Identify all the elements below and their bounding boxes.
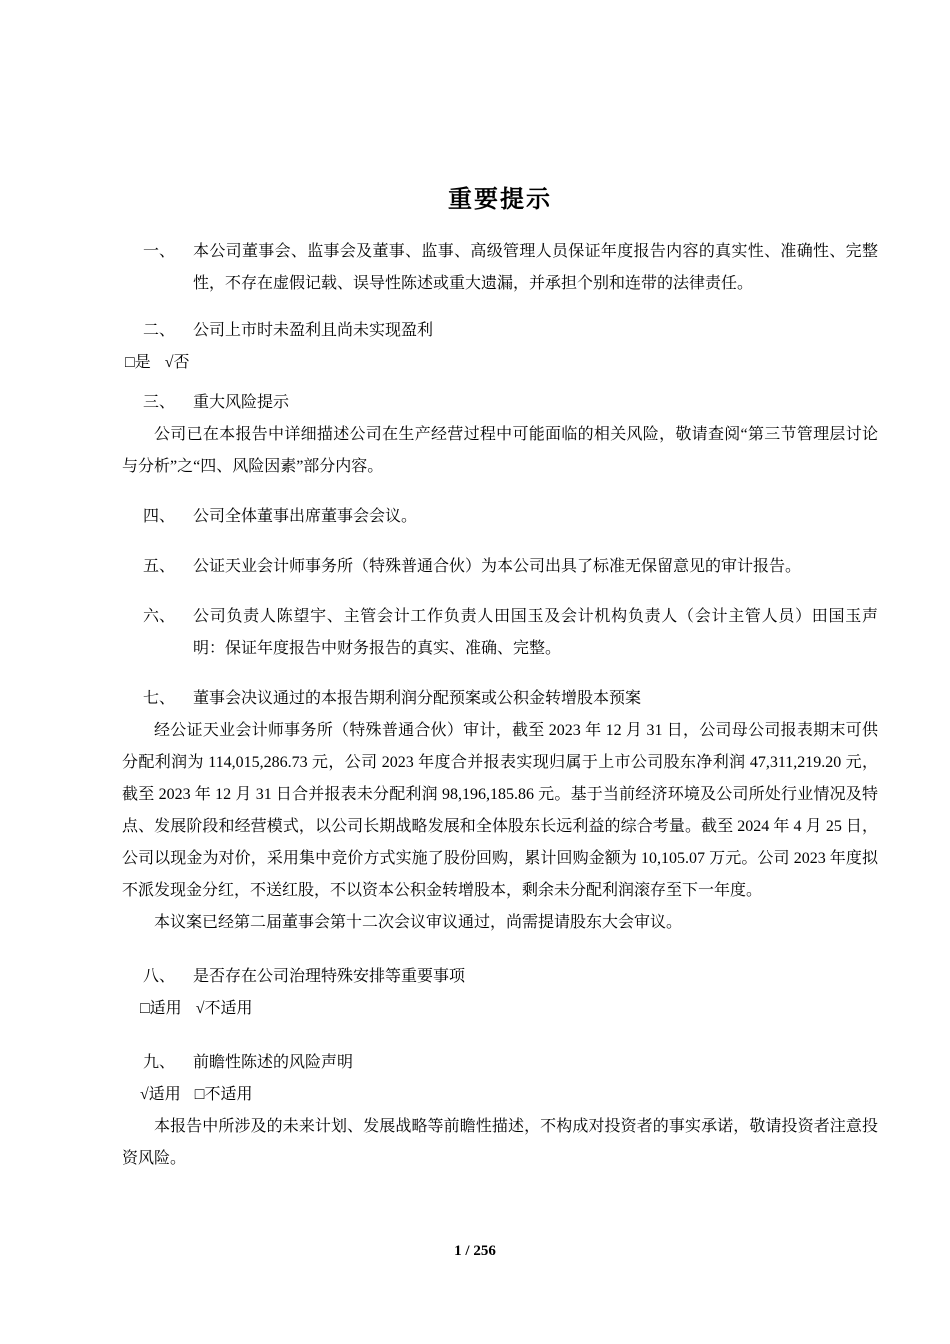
- section-8-heading: 是否存在公司治理特殊安排等重要事项: [193, 961, 878, 993]
- section-6-number: 六、: [143, 601, 193, 665]
- checkbox-option-not-applicable: √不适用: [196, 1000, 253, 1017]
- section-9-heading: 前瞻性陈述的风险声明: [193, 1047, 878, 1079]
- section-3-number: 三、: [143, 387, 193, 419]
- section-7-number: 七、: [143, 683, 193, 715]
- page-number: 1 / 256: [454, 1243, 496, 1259]
- section-9-checkbox-line: √适用 □不适用: [140, 1079, 878, 1111]
- section-8-checkbox-line: □适用 √不适用: [140, 993, 878, 1025]
- checkbox-option-label: 适用: [150, 1000, 182, 1017]
- section-2: 二、 公司上市时未盈利且尚未实现盈利: [122, 315, 878, 347]
- page-footer: 1 / 256: [0, 1241, 950, 1261]
- section-4-heading: 公司全体董事出席董事会会议。: [193, 501, 878, 533]
- checkbox-unchecked-icon: □: [140, 1000, 150, 1017]
- section-1-heading: 本公司董事会、监事会及董事、监事、高级管理人员保证年度报告内容的真实性、准确性、…: [193, 236, 878, 300]
- section-6: 六、 公司负责人陈望宇、主管会计工作负责人田国玉及会计机构负责人（会计主管人员）…: [122, 601, 878, 665]
- section-7-paragraph-1: 经公证天业会计师事务所（特殊普通合伙）审计，截至 2023 年 12 月 31 …: [122, 715, 878, 907]
- checkbox-option-label: 不适用: [204, 1000, 252, 1017]
- section-8: 八、 是否存在公司治理特殊安排等重要事项: [122, 961, 878, 993]
- section-3-paragraph: 公司已在本报告中详细描述公司在生产经营过程中可能面临的相关风险，敬请查阅“第三节…: [122, 419, 878, 483]
- checkmark-icon: √: [140, 1086, 149, 1103]
- section-7-heading: 董事会决议通过的本报告期利润分配预案或公积金转增股本预案: [193, 683, 878, 715]
- checkbox-option-label: 适用: [149, 1086, 181, 1103]
- section-1: 一、 本公司董事会、监事会及董事、监事、高级管理人员保证年度报告内容的真实性、准…: [122, 236, 878, 300]
- section-9: 九、 前瞻性陈述的风险声明: [122, 1047, 878, 1079]
- section-5-number: 五、: [143, 551, 193, 583]
- checkbox-option-yes: □是: [125, 354, 151, 371]
- section-2-number: 二、: [143, 315, 193, 347]
- checkbox-option-no: √否: [165, 354, 190, 371]
- checkbox-option-label: 是: [135, 354, 151, 371]
- section-2-checkbox-line: □是 √否: [125, 347, 878, 379]
- section-6-heading: 公司负责人陈望宇、主管会计工作负责人田国玉及会计机构负责人（会计主管人员）田国玉…: [193, 601, 878, 665]
- section-1-number: 一、: [143, 236, 193, 300]
- section-3: 三、 重大风险提示: [122, 387, 878, 419]
- checkbox-option-applicable: √适用: [140, 1086, 181, 1103]
- checkbox-option-not-applicable: □不适用: [195, 1086, 253, 1103]
- section-9-paragraph: 本报告中所涉及的未来计划、发展战略等前瞻性描述，不构成对投资者的事实承诺，敬请投…: [122, 1111, 878, 1175]
- section-4-number: 四、: [143, 501, 193, 533]
- section-3-heading: 重大风险提示: [193, 387, 878, 419]
- section-7: 七、 董事会决议通过的本报告期利润分配预案或公积金转增股本预案: [122, 683, 878, 715]
- checkbox-option-label: 不适用: [204, 1086, 252, 1103]
- section-5-heading: 公证天业会计师事务所（特殊普通合伙）为本公司出具了标准无保留意见的审计报告。: [193, 551, 878, 583]
- checkbox-option-label: 否: [173, 354, 189, 371]
- section-7-paragraph-2: 本议案已经第二届董事会第十二次会议审议通过，尚需提请股东大会审议。: [122, 907, 878, 939]
- section-2-heading: 公司上市时未盈利且尚未实现盈利: [193, 315, 878, 347]
- section-9-number: 九、: [143, 1047, 193, 1079]
- checkbox-option-applicable: □适用: [140, 1000, 182, 1017]
- document-content: 重要提示 一、 本公司董事会、监事会及董事、监事、高级管理人员保证年度报告内容的…: [122, 0, 878, 1175]
- checkbox-unchecked-icon: □: [125, 354, 135, 371]
- section-4: 四、 公司全体董事出席董事会会议。: [122, 501, 878, 533]
- document-page: 重要提示 一、 本公司董事会、监事会及董事、监事、高级管理人员保证年度报告内容的…: [0, 0, 950, 1344]
- section-8-number: 八、: [143, 961, 193, 993]
- section-5: 五、 公证天业会计师事务所（特殊普通合伙）为本公司出具了标准无保留意见的审计报告…: [122, 551, 878, 583]
- page-title: 重要提示: [122, 184, 878, 216]
